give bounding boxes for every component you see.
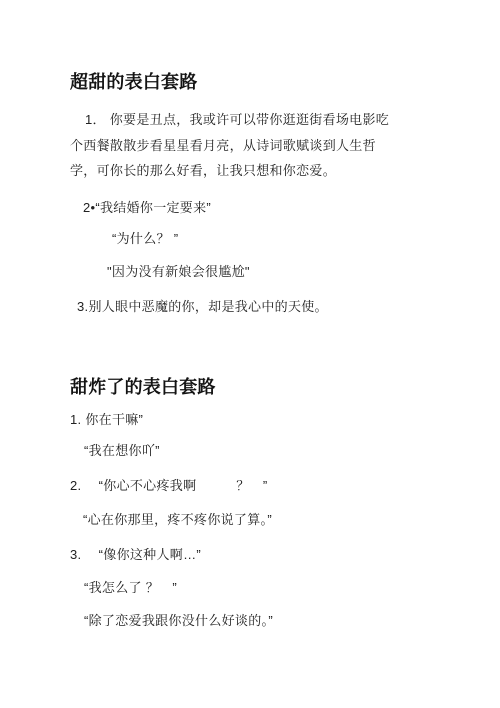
section-2-title: 甜炸了的表白套路: [70, 373, 216, 399]
document-page: 超甜的表白套路 1． 你要是丑点，我或许可以带你逛逛街看场电影吃 个西餐散散步看…: [0, 0, 500, 708]
section-1-item-2-line-3: "因为没有新娘会很尴尬": [107, 264, 250, 279]
section-1-item-1-line-3: 学，可你长的那么好看，让我只想和你恋爱。: [70, 163, 336, 178]
section-2-item-1-line-2: “我在想你吖”: [84, 443, 160, 458]
section-1-item-2-line-1: 2•“我结婚你一定要来”: [83, 200, 211, 215]
section-2-item-3-line-1: 3. “像你这种人啊…”: [70, 547, 201, 562]
section-1-title: 超甜的表白套路: [70, 68, 197, 94]
section-2-item-2-line-1: 2. “你心不心疼我啊 ？ ”: [70, 478, 268, 493]
section-2-item-3-line-3: “除了恋爱我跟你没什么好谈的。”: [84, 613, 273, 628]
section-1-item-1-line-2: 个西餐散散步看星星看月亮，从诗词歌赋谈到人生哲: [70, 138, 376, 153]
section-2-item-2-line-2: “心在你那里，疼不疼你说了算。”: [83, 512, 272, 527]
section-2-item-1-line-1: 1. 你在干嘛”: [70, 412, 143, 427]
section-2-item-3-line-2: “我怎么了 ？ ”: [84, 580, 177, 595]
section-1-item-1-line-1: 1． 你要是丑点，我或许可以带你逛逛街看场电影吃: [85, 112, 389, 127]
section-1-item-3-line-1: 3.别人眼中恶魔的你，却是我心中的天使。: [77, 299, 328, 314]
section-1-item-2-line-2: “为什么？ ”: [112, 231, 178, 246]
